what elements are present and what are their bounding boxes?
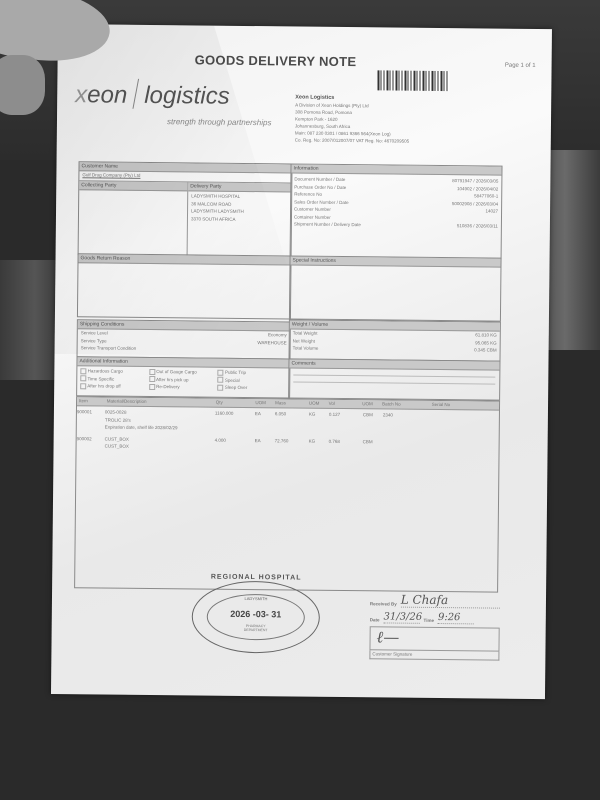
- tagline: strength through partnerships: [167, 117, 272, 127]
- column-header: UOM: [255, 399, 275, 407]
- additional-option: Re-Delivery: [149, 383, 218, 391]
- column-header: Serial No: [432, 401, 497, 410]
- additional-option: Sleep Over: [217, 384, 286, 392]
- kv-label: Shipment Number / Delivery Date: [294, 220, 361, 228]
- comments: Comments: [288, 358, 500, 400]
- hospital-stamp: REGIONAL HOSPITAL LADYSMITH 2026 -03- 31…: [191, 580, 320, 653]
- option-label: After hrs drop off: [87, 383, 120, 388]
- kv-value: 50002908 / 2026/03/04: [452, 200, 498, 208]
- goods-return-reason: Goods Return Reason: [77, 253, 292, 319]
- checkbox[interactable]: [80, 368, 86, 374]
- option-label: Public Trip: [225, 370, 246, 375]
- option-label: Re-Delivery: [156, 384, 180, 389]
- table-cell: 900001: [77, 408, 105, 431]
- table-row: 900002CUST_BOXCUST_BOX4.000EA72.760KG0.7…: [77, 433, 499, 456]
- description-line: Expiration date, shelf life 2028/02/29: [105, 424, 215, 433]
- table-cell: [433, 438, 499, 454]
- collecting-party: Collecting Party: [79, 181, 189, 256]
- table-cell: CBM: [363, 438, 383, 453]
- table-cell: 2340: [383, 411, 433, 434]
- column-header: UOM: [309, 400, 329, 408]
- company-logo: xeonlogistics: [75, 78, 230, 111]
- option-label: Out of Gauge Cargo: [156, 369, 197, 374]
- delivery-party: Delivery Party LADYSMITH HOSPITAL 36 MAL…: [188, 182, 292, 257]
- table-cell: 900002: [77, 435, 105, 450]
- column-header: UOM: [362, 400, 382, 408]
- table-cell: 0025-0028TROLIC 28'sExpiration date, she…: [105, 409, 215, 433]
- checkbox[interactable]: [80, 383, 86, 389]
- column-header: Batch No: [382, 400, 432, 409]
- special-instructions: Special Instructions: [289, 255, 502, 321]
- table-cell: 4.000: [215, 436, 255, 451]
- delivery-note-paper: GOODS DELIVERY NOTE Page 1 of 1 xeonlogi…: [51, 24, 552, 699]
- document-title: GOODS DELIVERY NOTE: [195, 52, 357, 69]
- checkbox[interactable]: [217, 385, 223, 391]
- table-cell: EA: [255, 410, 275, 433]
- option-label: Hazardous Cargo: [88, 368, 123, 373]
- table-cell: KG: [309, 437, 329, 452]
- table-cell: [433, 412, 499, 435]
- column-header: Mass: [275, 399, 309, 407]
- checkbox[interactable]: [80, 376, 86, 382]
- checkbox[interactable]: [149, 369, 155, 375]
- column-header: Item: [79, 397, 107, 405]
- page-number: Page 1 of 1: [505, 63, 536, 69]
- checkbox[interactable]: [149, 376, 155, 382]
- kv-label: Service Transport Condition: [81, 344, 137, 352]
- hand-fingers: [0, 55, 45, 115]
- table-cell: 1160.000: [215, 410, 255, 433]
- information-section: Information Document Number / Date807919…: [290, 163, 503, 259]
- column-header: Vol: [329, 400, 363, 408]
- table-cell: CBM: [363, 411, 383, 434]
- kv-value: 14027: [486, 207, 499, 215]
- received-date: 31/3/26: [384, 611, 420, 623]
- table-cell: 72.760: [275, 437, 309, 452]
- weight-volume: Weight / Volume Total Weight61.810 KGNet…: [289, 319, 501, 361]
- items-table: ItemMaterial/DescriptionQtyUOMMassUOMVol…: [74, 396, 500, 592]
- kv-row: Shipment Number / Delivery Date510836 / …: [291, 220, 501, 230]
- checkbox[interactable]: [149, 384, 155, 390]
- customer-section: Customer Name Gulf Drug Company (Pty) Lt…: [78, 161, 293, 257]
- table-cell: 0.127: [329, 411, 363, 434]
- table-cell: 0.768: [329, 437, 363, 452]
- kv-value: 0.345 CBM: [474, 346, 497, 354]
- column-header: Material/Description: [107, 398, 216, 407]
- received-by-signature: L Chafa: [401, 593, 500, 609]
- additional-option: After hrs drop off: [80, 382, 149, 390]
- company-address: Xeon Logistics A Division of Xeon Holdin…: [295, 94, 410, 144]
- barcode: [377, 70, 449, 91]
- checkbox[interactable]: [218, 370, 224, 376]
- customer-signature-box: ℓ—: [369, 626, 499, 651]
- kv-label: Total Volume: [293, 344, 319, 352]
- kv-value: WAREHOUSE: [257, 339, 286, 347]
- checkbox[interactable]: [218, 377, 224, 383]
- table-cell: 6.050: [275, 410, 309, 433]
- kv-value: 510836 / 2026/03/11: [457, 222, 498, 230]
- table-cell: EA: [255, 437, 275, 452]
- additional-information: Additional Information Hazardous Cargo O…: [76, 356, 290, 398]
- received-time: 9:26: [438, 612, 474, 624]
- kv-row: Total Volume0.345 CBM: [290, 344, 500, 354]
- table-cell: [383, 438, 433, 454]
- shipping-conditions: Shipping Conditions Service LevelEconomy…: [77, 319, 291, 359]
- option-label: Special: [225, 377, 240, 382]
- receipt-block: Received By L Chafa Date 31/3/26 Time 9:…: [369, 592, 500, 660]
- description-line: CUST_BOX: [105, 443, 215, 452]
- option-label: After hrs pick up: [156, 377, 189, 382]
- option-label: Time Specific: [87, 376, 114, 381]
- table-cell: KG: [309, 411, 329, 434]
- option-label: Sleep Over: [225, 385, 248, 390]
- column-header: Qty: [216, 399, 256, 407]
- table-cell: CUST_BOXCUST_BOX: [105, 435, 215, 451]
